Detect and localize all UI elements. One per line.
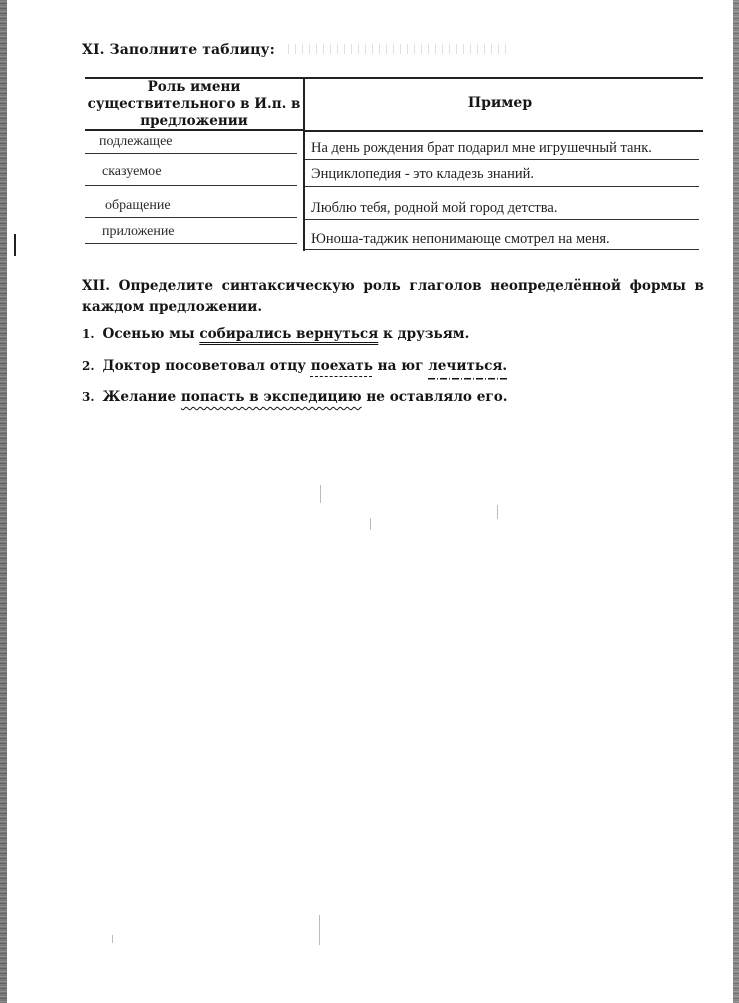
predicate-underlined: собирались вернуться bbox=[199, 326, 378, 342]
table-row: приложение Юноша-таджик непонимающе смот… bbox=[85, 223, 703, 253]
sentence-text: Доктор посоветовал отцу bbox=[103, 358, 311, 374]
cell-role: сказуемое bbox=[102, 164, 162, 180]
sentence-text: к друзьям. bbox=[378, 326, 469, 342]
sentence-text: не оставляло его. bbox=[362, 389, 508, 405]
sentence-text: Желание bbox=[103, 389, 181, 405]
cell-example: Люблю тебя, родной мой город детства. bbox=[311, 200, 558, 217]
sentence-1: 1.Осенью мы собирались вернуться к друзь… bbox=[82, 326, 469, 342]
row-rule-left bbox=[85, 243, 297, 244]
cell-example: На день рождения брат подарил мне игруше… bbox=[311, 140, 652, 157]
row-rule-left bbox=[85, 217, 297, 218]
scan-edge-left bbox=[0, 0, 7, 1003]
bleed-through-noise bbox=[282, 44, 512, 54]
sentence-number: 2. bbox=[82, 359, 95, 373]
header-divider-left bbox=[85, 129, 303, 131]
cell-example: Юноша-таджик непонимающе смотрел на меня… bbox=[311, 231, 610, 248]
table-row: сказуемое Энциклопедия - это кладезь зна… bbox=[85, 164, 703, 194]
header-divider-right bbox=[305, 130, 703, 132]
sentence-3: 3.Желание попасть в экспедицию не оставл… bbox=[82, 389, 508, 405]
task-xii-heading: XII. Определите синтаксическую роль глаг… bbox=[82, 276, 704, 318]
adverbial-underlined: лечиться. bbox=[428, 358, 507, 380]
scan-noise bbox=[320, 485, 321, 503]
scan-noise bbox=[319, 915, 320, 945]
header-example: Пример bbox=[305, 95, 695, 111]
sentence-2: 2.Доктор посоветовал отцу поехать на юг … bbox=[82, 358, 507, 374]
cell-example: Энциклопедия - это кладезь знаний. bbox=[311, 166, 534, 183]
row-rule-left bbox=[85, 153, 297, 154]
table-row: обращение Люблю тебя, родной мой город д… bbox=[85, 194, 703, 224]
sentence-text: Осенью мы bbox=[103, 326, 200, 342]
cell-role: приложение bbox=[102, 224, 175, 240]
sentence-text: на юг bbox=[373, 358, 428, 374]
scan-noise bbox=[497, 505, 498, 519]
row-rule-right bbox=[305, 159, 699, 160]
table-row: подлежащее На день рождения брат подарил… bbox=[85, 133, 703, 163]
sentence-number: 1. bbox=[82, 327, 95, 341]
cell-role: обращение bbox=[105, 198, 171, 214]
cell-role: подлежащее bbox=[99, 134, 173, 150]
header-role: Роль имени существительного в И.п. в пре… bbox=[85, 79, 303, 129]
row-rule-right bbox=[305, 219, 699, 220]
row-rule-right bbox=[305, 249, 699, 250]
margin-mark bbox=[14, 234, 16, 256]
row-rule-right bbox=[305, 186, 699, 187]
attribute-underlined: попасть в экспедицию bbox=[181, 389, 362, 405]
task-xi-heading: XI. Заполните таблицу: bbox=[82, 42, 275, 58]
scan-edge-right bbox=[733, 0, 739, 1003]
row-rule-left bbox=[85, 185, 297, 186]
sentence-number: 3. bbox=[82, 390, 95, 404]
scan-noise bbox=[370, 518, 371, 530]
scan-noise bbox=[112, 935, 113, 943]
object-underlined: поехать bbox=[311, 358, 373, 374]
